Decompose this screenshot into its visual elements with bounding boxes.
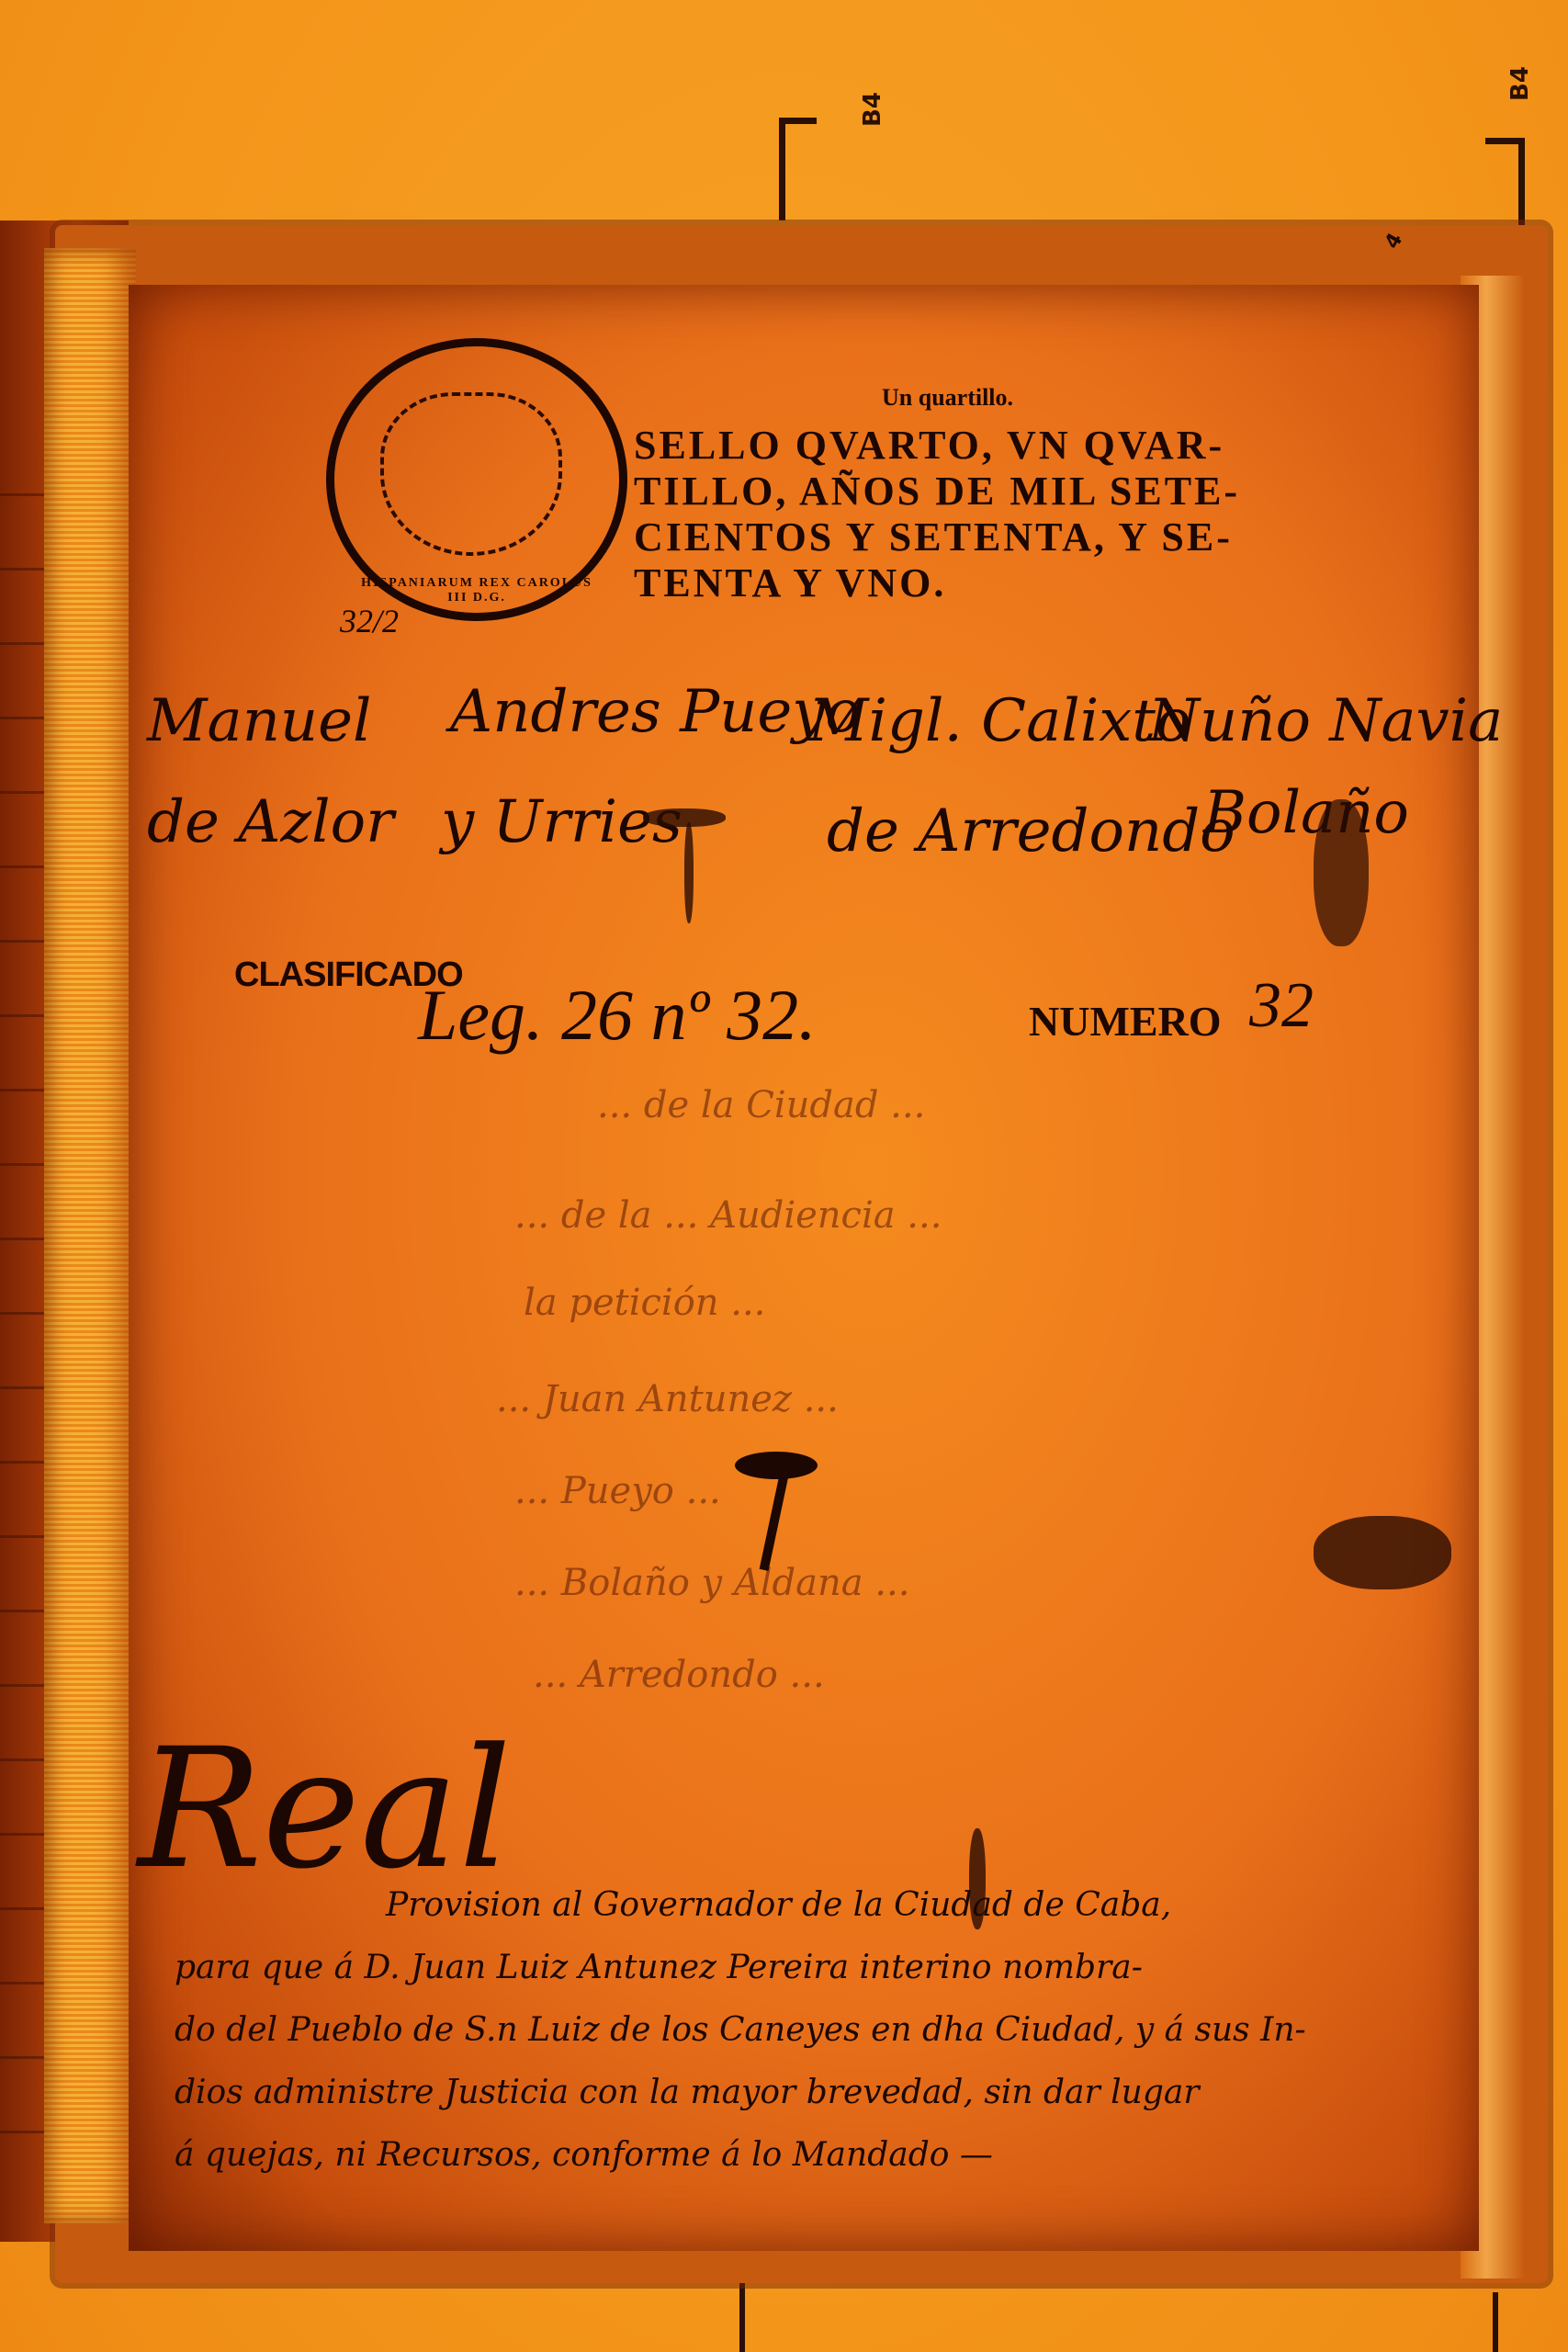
signature-part: de Azlor [147, 781, 394, 864]
crop-mark-left [779, 118, 817, 220]
royal-seal-stamp: HISPANIARUM REX CAROLUS III D.G. [326, 338, 627, 621]
numero-stamp-label: NUMERO [1029, 997, 1222, 1046]
signature-part: Migl. Calixto [808, 680, 1191, 763]
crop-mark-bottom-right [1493, 2292, 1498, 2352]
title-line: Provision al Governador de la Ciudad de … [175, 1874, 1461, 1937]
title-line: do del Pueblo de S.n Luiz de los Caneyes… [175, 1999, 1461, 2062]
faded-text-line: ... Arredondo ... [533, 1654, 825, 1696]
title-line: para que á D. Juan Luiz Antunez Pereira … [175, 1937, 1461, 1999]
ink-flourish-mark [684, 822, 694, 923]
faded-text-line: ... de la ... Audiencia ... [514, 1194, 942, 1237]
faded-text-line: ... de la Ciudad ... [597, 1084, 925, 1126]
signature-part: Nuño Navia [1148, 680, 1503, 763]
title-initial: Real [138, 1727, 512, 1893]
signature-part: Andres Pueyo [450, 671, 861, 753]
margin-folio-note: 32/2 [340, 602, 399, 640]
numero-stamp-value: 32 [1249, 969, 1314, 1043]
faded-text-line: ... Juan Antunez ... [496, 1378, 839, 1420]
stamp-heading-line: Sello qvarto, vn qvar- [634, 423, 1369, 469]
crop-label-right: B4 [1506, 66, 1534, 101]
ink-blot [1314, 1516, 1451, 1589]
stamp-heading: Sello qvarto, vn qvar- tillo, años de mi… [634, 423, 1369, 606]
title-line: á quejas, ni Recursos, conforme á lo Man… [175, 2124, 1461, 2187]
ink-paraph-mark [735, 1452, 818, 1479]
coat-of-arms-icon [380, 392, 562, 556]
document-title-text: Provision al Governador de la Ciudad de … [175, 1874, 1461, 2187]
ink-flourish-mark [643, 808, 726, 827]
signature-part: Bolaño [1203, 772, 1409, 854]
crop-label-left: B4 [859, 92, 886, 127]
stamp-heading-line: cientos y setenta, y se- [634, 514, 1369, 560]
ink-flourish-mark [1314, 799, 1369, 946]
book-spine-stitching [44, 248, 136, 2223]
stamp-heading-line: tenta y vno. [634, 560, 1369, 606]
stamp-heading-line: tillo, años de mil sete- [634, 469, 1369, 514]
crop-mark-right [1485, 138, 1525, 236]
legajo-reference: Leg. 26 nº 32. [418, 974, 817, 1057]
signature-part: Manuel [147, 680, 371, 763]
stamp-value-line: Un quartillo. [882, 384, 1013, 412]
signature-part: de Arredondo [827, 790, 1235, 873]
faded-text-line: la petición ... [524, 1282, 765, 1324]
faded-text-line: ... Bolaño y Aldana ... [514, 1562, 909, 1604]
title-line: dios administre Justicia con la mayor br… [175, 2062, 1461, 2124]
faded-text-line: ... Pueyo ... [514, 1470, 721, 1512]
